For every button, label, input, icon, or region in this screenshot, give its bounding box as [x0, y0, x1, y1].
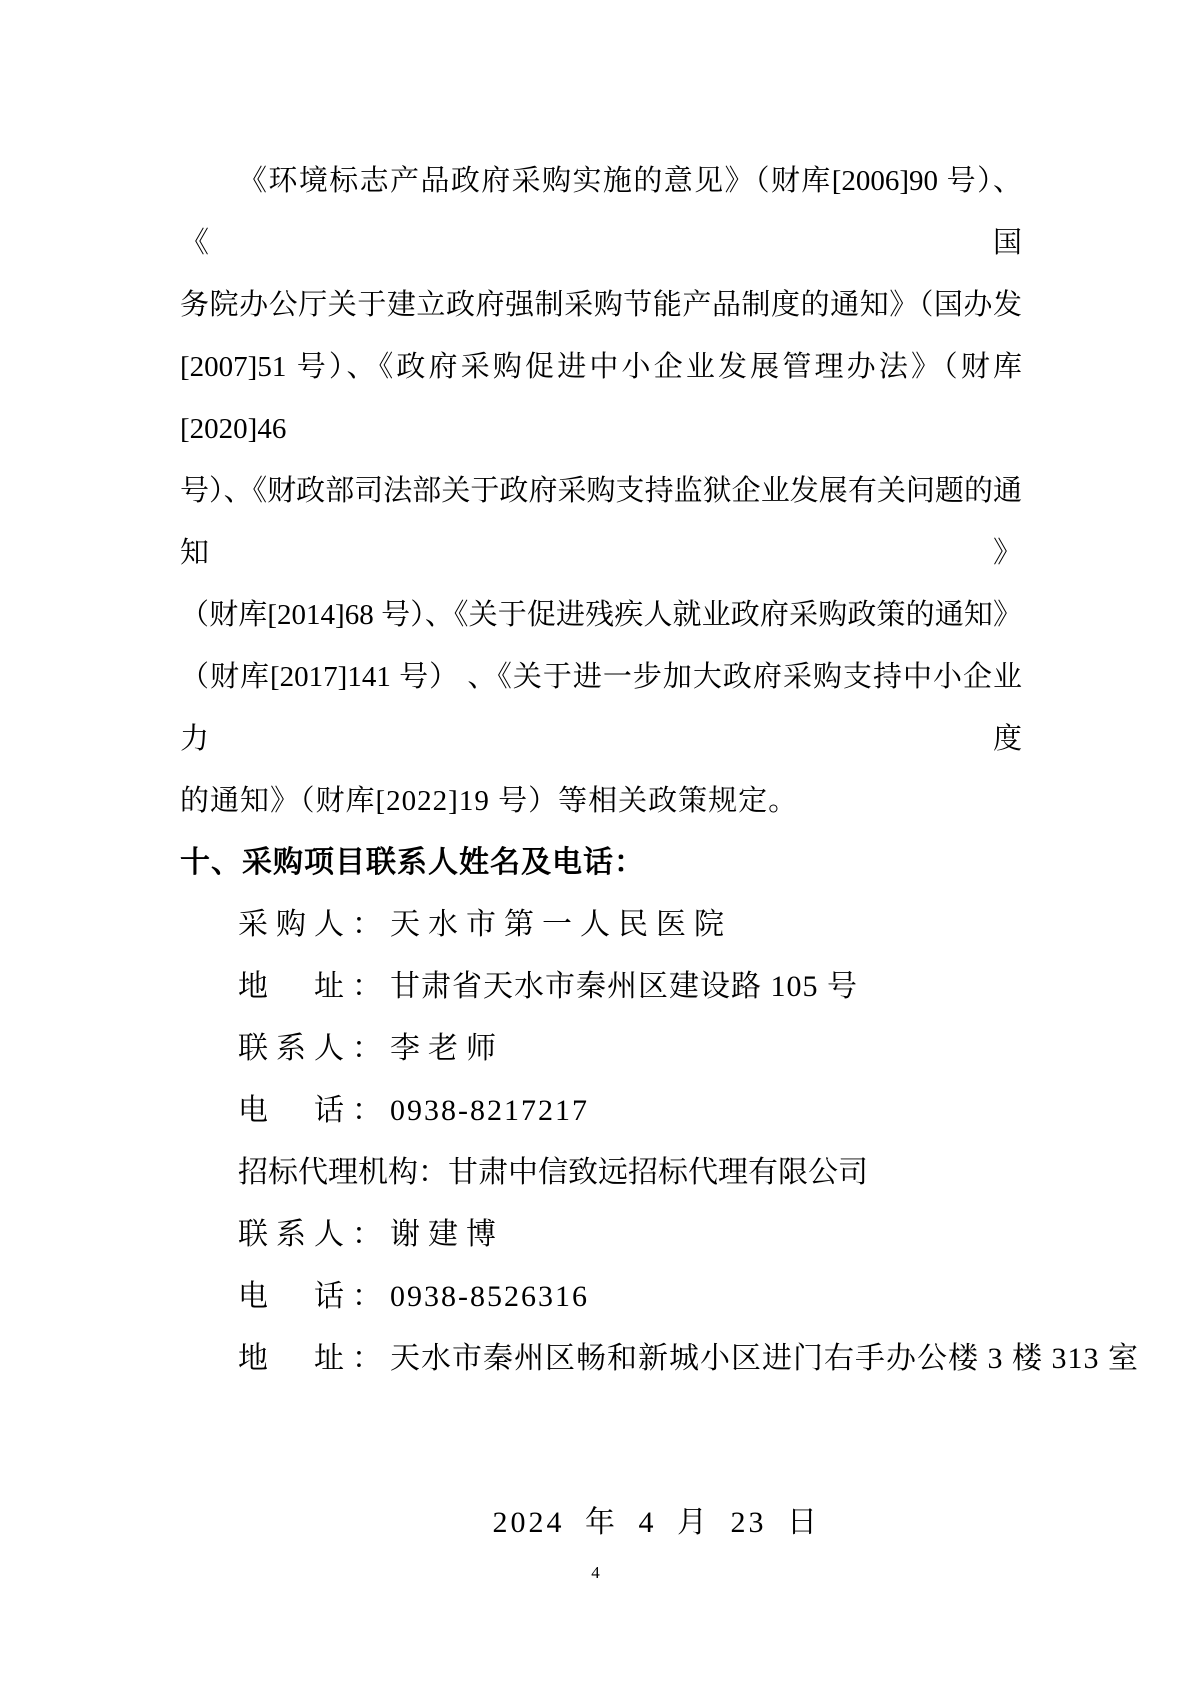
contact-value: 0938-8217217 — [390, 1094, 589, 1127]
page-number: 4 — [0, 1562, 1191, 1584]
section-heading: 十、采购项目联系人姓名及电话： — [180, 832, 1022, 894]
contact-line-agency: 招标代理机构：甘肃中信致远招标代理有限公司 — [238, 1142, 1022, 1204]
contact-label: 联系人： — [238, 1032, 390, 1065]
paragraph-line: （财库[2014]68 号）、《关于促进残疾人就业政府采购政策的通知》 — [180, 584, 1022, 646]
contact-value: 谢建博 — [390, 1218, 504, 1251]
contact-label: 采购人： — [238, 908, 390, 941]
contact-line-purchaser-address: 地 址：甘肃省天水市秦州区建设路 105 号 — [238, 956, 1022, 1018]
contact-label: 电 话： — [238, 1094, 390, 1127]
contact-label: 联系人： — [238, 1218, 390, 1251]
contact-label: 招标代理机构： — [238, 1156, 448, 1189]
contact-value: 0938-8526316 — [390, 1280, 589, 1313]
contact-line-purchaser: 采购人：天水市第一人民医院 — [238, 894, 1022, 956]
document-page: 《环境标志产品政府采购实施的意见》（财库[2006]90 号）、《国 务院办公厅… — [0, 0, 1191, 1684]
policy-paragraph: 《环境标志产品政府采购实施的意见》（财库[2006]90 号）、《国 务院办公厅… — [180, 150, 1022, 832]
contact-value: 天水市秦州区畅和新城小区进门右手办公楼 3 楼 313 室 — [390, 1342, 1139, 1375]
paragraph-line: [2007]51 号）、《政府采购促进中小企业发展管理办法》（财库[2020]4… — [180, 336, 1022, 460]
contact-label: 地 址： — [238, 970, 390, 1003]
contact-value: 甘肃中信致远招标代理有限公司 — [448, 1156, 868, 1189]
contact-line-purchaser-contact: 联系人：李老师 — [238, 1018, 1022, 1080]
paragraph-line: 《环境标志产品政府采购实施的意见》（财库[2006]90 号）、《国 — [180, 150, 1022, 274]
paragraph-line: 号）、《财政部司法部关于政府采购支持监狱企业发展有关问题的通知》 — [180, 460, 1022, 584]
paragraph-line: （财库[2017]141 号） 、《关于进一步加大政府采购支持中小企业力度 — [180, 646, 1022, 770]
contact-line-purchaser-phone: 电 话：0938-8217217 — [238, 1080, 1022, 1142]
contact-line-agency-contact: 联系人：谢建博 — [238, 1204, 1022, 1266]
contact-label: 电 话： — [238, 1280, 390, 1313]
contact-line-agency-address: 地 址：天水市秦州区畅和新城小区进门右手办公楼 3 楼 313 室 — [238, 1328, 1022, 1390]
contact-value: 李老师 — [390, 1032, 504, 1065]
paragraph-line: 的通知》（财库[2022]19 号）等相关政策规定。 — [180, 770, 1022, 832]
document-date: 2024 年 4 月 23 日 — [180, 1492, 1022, 1554]
paragraph-line: 务院办公厅关于建立政府强制采购节能产品制度的通知》（国办发 — [180, 274, 1022, 336]
contact-label: 地 址： — [238, 1342, 390, 1375]
contact-value: 天水市第一人民医院 — [390, 908, 732, 941]
contact-value: 甘肃省天水市秦州区建设路 105 号 — [390, 970, 858, 1003]
contact-info-block: 采购人：天水市第一人民医院 地 址：甘肃省天水市秦州区建设路 105 号 联系人… — [180, 894, 1022, 1390]
contact-line-agency-phone: 电 话：0938-8526316 — [238, 1266, 1022, 1328]
